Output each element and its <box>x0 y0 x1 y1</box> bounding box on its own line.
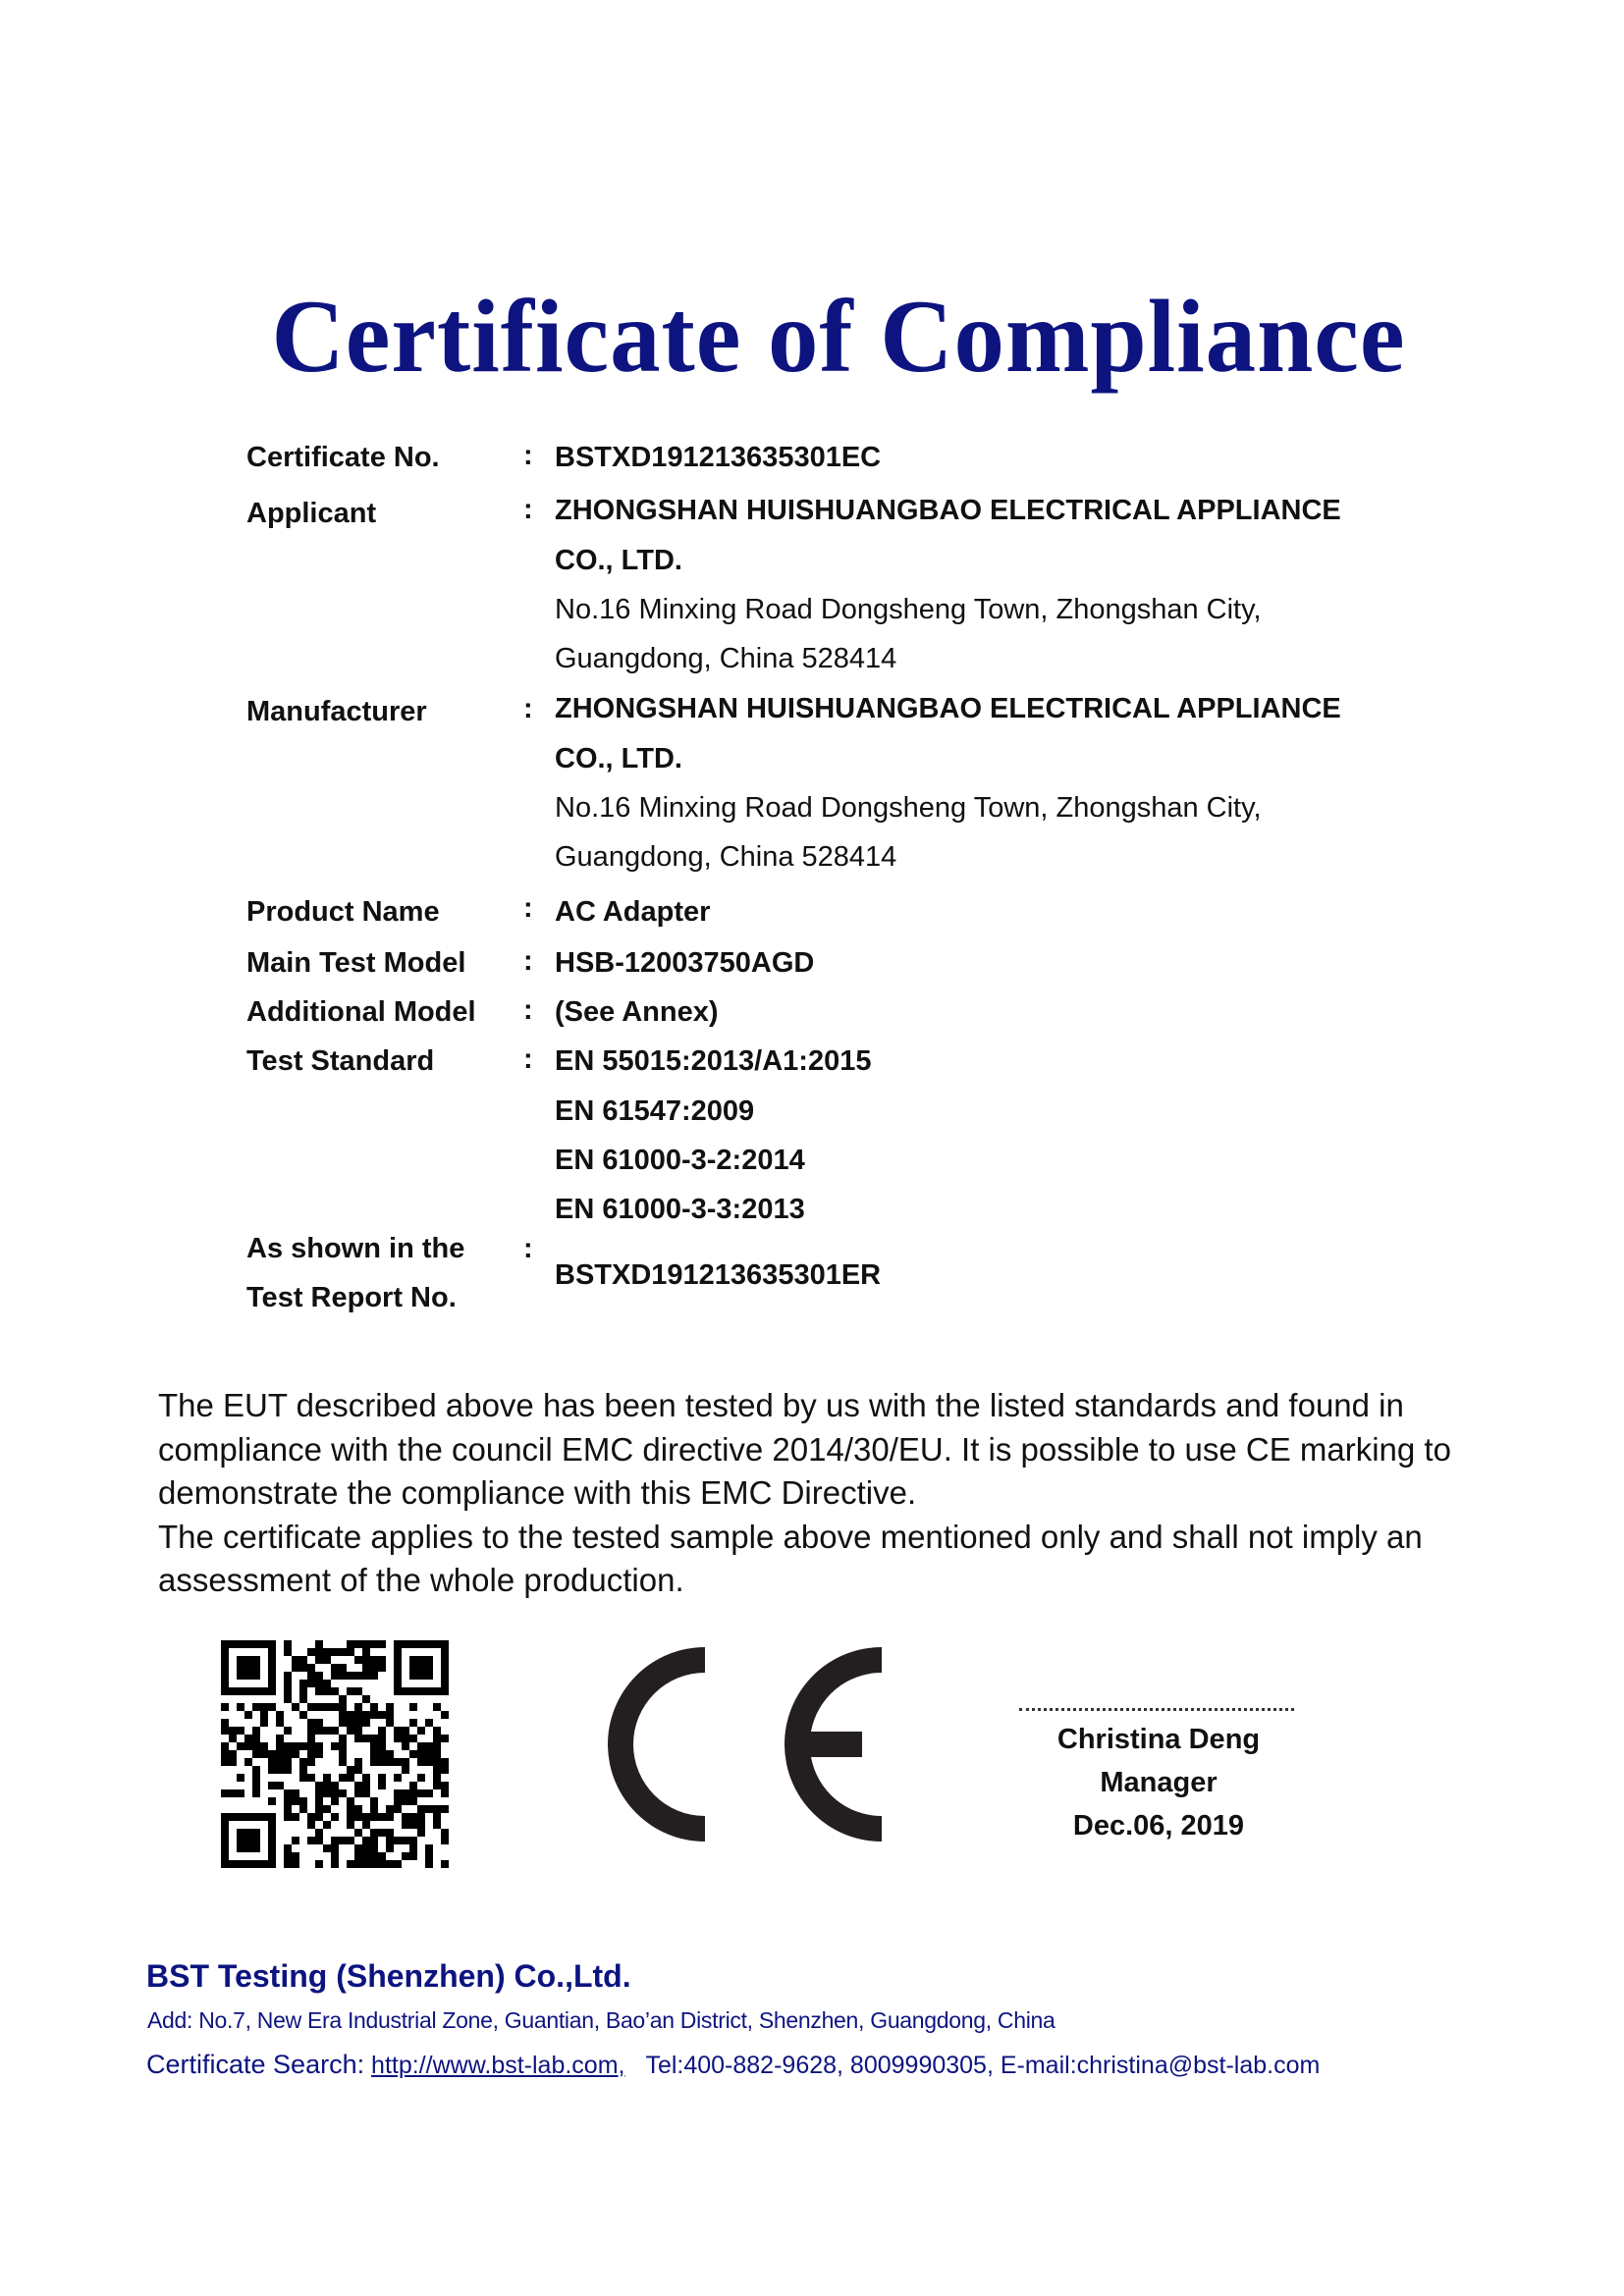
manufacturer-address-line1: No.16 Minxing Road Dongsheng Town, Zhong… <box>555 791 1262 825</box>
qr-code-icon <box>221 1640 449 1868</box>
document-title: Certificate of Compliance <box>51 277 1624 397</box>
main-test-model-value: HSB-12003750AGD <box>555 946 814 980</box>
manufacturer-name-line2: CO., LTD. <box>555 742 682 775</box>
applicant-address-line1: No.16 Minxing Road Dongsheng Town, Zhong… <box>555 593 1262 626</box>
signatory-title: Manager <box>1011 1767 1306 1799</box>
colon: : <box>523 1042 533 1076</box>
test-standard-label: Test Standard <box>246 1044 434 1078</box>
applicant-label: Applicant <box>246 497 376 530</box>
test-report-value: BSTXD191213635301ER <box>555 1258 881 1292</box>
footer-address: Add: No.7, New Era Industrial Zone, Guan… <box>147 2007 1056 2034</box>
ce-mark-icon <box>577 1633 892 1855</box>
manufacturer-name-line1: ZHONGSHAN HUISHUANGBAO ELECTRICAL APPLIA… <box>555 692 1341 725</box>
test-report-label-line2: Test Report No. <box>246 1281 457 1314</box>
test-report-label-line1: As shown in the <box>246 1232 464 1265</box>
compliance-statement: The EUT described above has been tested … <box>158 1384 1454 1603</box>
website-link[interactable]: http://www.bst-lab.com, <box>371 2052 624 2079</box>
colon: : <box>523 891 533 925</box>
test-standard-value: EN 61000-3-3:2013 <box>555 1193 805 1226</box>
manufacturer-address-line2: Guangdong, China 528414 <box>555 840 896 874</box>
product-name-label: Product Name <box>246 895 440 929</box>
applicant-name-line1: ZHONGSHAN HUISHUANGBAO ELECTRICAL APPLIA… <box>555 494 1341 527</box>
footer-contact: Certificate Search: http://www.bst-lab.c… <box>146 2050 1320 2080</box>
colon: : <box>523 993 533 1027</box>
colon: : <box>523 692 533 725</box>
footer-company-name: BST Testing (Shenzhen) Co.,Ltd. <box>146 1958 631 1995</box>
main-test-model-label: Main Test Model <box>246 946 465 980</box>
applicant-name-line2: CO., LTD. <box>555 544 682 577</box>
certificate-no-value: BSTXD191213635301EC <box>555 441 881 474</box>
colon: : <box>523 493 533 526</box>
test-standard-value: EN 61000-3-2:2014 <box>555 1144 805 1177</box>
applicant-address-line2: Guangdong, China 528414 <box>555 642 896 675</box>
statement-paragraph: The certificate applies to the tested sa… <box>158 1516 1454 1603</box>
test-standard-value: EN 55015:2013/A1:2015 <box>555 1044 871 1078</box>
manufacturer-label: Manufacturer <box>246 695 427 728</box>
product-name-value: AC Adapter <box>555 895 710 929</box>
colon: : <box>523 1232 533 1265</box>
statement-paragraph: The EUT described above has been tested … <box>158 1384 1454 1516</box>
colon: : <box>523 439 533 472</box>
additional-model-label: Additional Model <box>246 995 476 1029</box>
certificate-no-label: Certificate No. <box>246 441 440 474</box>
additional-model-value: (See Annex) <box>555 995 719 1029</box>
signature-line <box>1019 1708 1294 1711</box>
colon: : <box>523 944 533 978</box>
certificate-search-label: Certificate Search: <box>146 2050 364 2079</box>
contact-info: Tel:400-882-9628, 8009990305, E-mail:chr… <box>645 2052 1320 2079</box>
signature-date: Dec.06, 2019 <box>1011 1810 1306 1842</box>
test-standard-value: EN 61547:2009 <box>555 1095 754 1128</box>
signatory-name: Christina Deng <box>1011 1724 1306 1756</box>
